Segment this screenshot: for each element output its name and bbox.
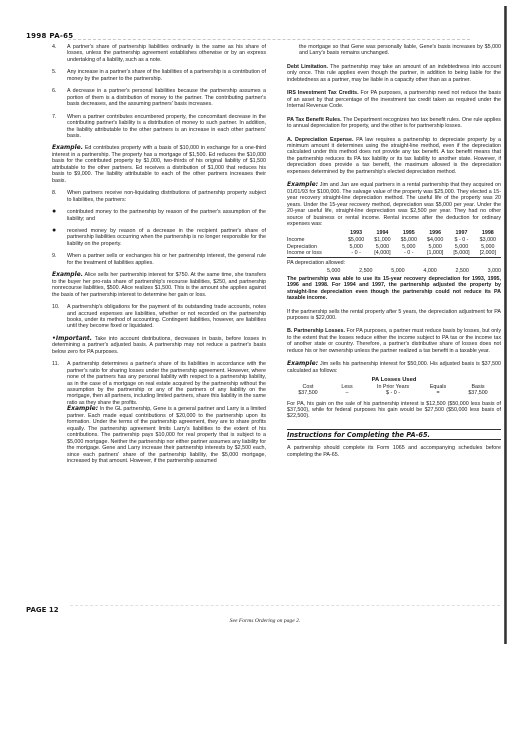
bullet-text: contributed money to the partnership by …	[67, 209, 266, 221]
item-text: A partner's share of partnership liabili…	[67, 44, 266, 63]
table-cell: [5,000]	[448, 250, 474, 257]
depreciation-section: A. Depreciation Expense. PA law requires…	[287, 137, 501, 176]
forms-ordering-note: See Forms Ordering on page 2.	[0, 618, 530, 624]
header-divider	[68, 39, 470, 40]
item-number: 9.	[52, 253, 56, 259]
table-cell: $5,000	[343, 237, 369, 244]
losses-table: Cost Less In Prior Years Equals Basis $3…	[287, 384, 501, 397]
table-cell: $1,000	[369, 237, 395, 244]
item-number: 7.	[52, 114, 56, 120]
table-cell: $ - 0 -	[448, 237, 474, 244]
year-header: 1997	[448, 230, 474, 237]
item-number: 6.	[52, 88, 56, 94]
list-item-4: 4. A partner's share of partnership liab…	[52, 44, 266, 63]
example-alice: Example. Alice sells her partnership int…	[52, 272, 266, 298]
debt-limitation-section: Debt Limitation. The partnership may tak…	[287, 64, 501, 83]
important-label-text: Important.	[56, 335, 92, 342]
table-cell: [4,000]	[369, 250, 395, 257]
list-item-9: 9. When a partner sells or exchanges his…	[52, 253, 266, 266]
table-row: Income $5,000 $1,000 $5,000 $4,000 $ - 0…	[287, 237, 501, 244]
bullet-item: ● contributed money to the partnership b…	[52, 209, 266, 222]
example-text: Alice sells her partnership interest for…	[52, 272, 266, 297]
table-cell: [1,000]	[422, 250, 448, 257]
example-gl-partnership: Example: In the GL partnership, Gene is …	[67, 406, 266, 464]
section-heading: Debt Limitation.	[287, 64, 328, 70]
irs-credits-section: IRS Investment Tax Credits. For PA purpo…	[287, 90, 501, 109]
table-header-row: 1993 1994 1995 1996 1997 1998	[287, 230, 501, 237]
item-number: 5.	[52, 69, 56, 75]
table-cell: =	[421, 390, 455, 396]
list-item-11: 11. A partnership determines a partner's…	[52, 361, 266, 464]
item-text: A decrease in a partner's personal liabi…	[67, 88, 266, 107]
footer-divider	[70, 605, 500, 606]
table-cell: 5,000	[396, 244, 422, 251]
right-column: the mortgage so that Gene was personally…	[287, 44, 501, 465]
item-text: Any increase in a partner's share of the…	[67, 69, 266, 81]
year-header: 1996	[422, 230, 448, 237]
year-header: 1995	[396, 230, 422, 237]
depreciation-sale-note: If the partnership sells the rental prop…	[287, 309, 501, 322]
table-cell: $ - 0 -	[365, 390, 421, 396]
tax-benefit-section: PA Tax Benefit Rules. The Department rec…	[287, 117, 501, 130]
table-cell: $37,500	[287, 390, 329, 396]
table-cell: 4,000	[423, 268, 436, 274]
pa-allowed-row: 5,000 2,500 5,000 4,000 2,500 3,000	[287, 268, 501, 274]
page-edge-bar	[504, 6, 507, 644]
example-text: Ed contributes property with a basis of …	[52, 145, 266, 183]
year-header: 1993	[343, 230, 369, 237]
important-label: •Important.	[52, 335, 92, 342]
section-heading: PA Tax Benefit Rules.	[287, 117, 342, 123]
item-text: A partnership's obligations for the paym…	[67, 304, 266, 329]
table-cell: $4,000	[422, 237, 448, 244]
item-text: When partners receive non-liquidating di…	[67, 190, 266, 202]
example-ed: Example. Ed contributes property with a …	[52, 145, 266, 184]
table-cell: $37,500	[455, 390, 501, 396]
row-label: Depreciation	[287, 244, 343, 251]
example-text: Jim and Jan are equal partners in a rent…	[287, 182, 501, 227]
list-item-10: 10. A partnership's obligations for the …	[52, 304, 266, 330]
list-item-6: 6. A decrease in a partner's personal li…	[52, 88, 266, 107]
example-jim-jan: Example: Jim and Jan are equal partners …	[287, 182, 501, 227]
depreciation-summary: The partnership was able to use its 15-y…	[287, 276, 501, 302]
list-item-5: 5. Any increase in a partner's share of …	[52, 69, 266, 82]
table-cell: 2,500	[456, 268, 469, 274]
example-text: In the GL partnership, Gene is a general…	[67, 406, 266, 464]
example-label: Example.	[52, 144, 83, 151]
list-item-8: 8. When partners receive non-liquidating…	[52, 190, 266, 203]
bullet-icon: ●	[52, 209, 56, 215]
table-row: Income or loss - 0 - [4,000] - 0 - [1,00…	[287, 250, 501, 257]
item-text: A partnership determines a partner's sha…	[67, 361, 266, 406]
item-number: 11.	[52, 361, 59, 367]
table-cell: 3,000	[488, 268, 501, 274]
instructions-heading: Instructions for Completing the PA-65.	[287, 429, 501, 440]
table-cell: 5,000	[343, 244, 369, 251]
page-number: PAGE 12	[26, 606, 59, 614]
example-label: Example:	[287, 360, 318, 367]
table-row: Depreciation 5,000 5,000 5,000 5,000 5,0…	[287, 244, 501, 251]
left-column: 4. A partner's share of partnership liab…	[52, 44, 266, 470]
form-title: 1998 PA-65	[26, 32, 73, 40]
year-header: 1998	[475, 230, 501, 237]
table-cell: 5,000	[448, 244, 474, 251]
table-cell: 5,000	[475, 244, 501, 251]
example-jim-sale: Example: Jim sells his partnership inter…	[287, 361, 501, 374]
table-cell: [2,000]	[475, 250, 501, 257]
year-header: 1994	[369, 230, 395, 237]
item-number: 8.	[52, 190, 56, 196]
table-cell: $5,000	[396, 237, 422, 244]
row-label: Income or loss	[287, 250, 343, 257]
bullet-icon: ●	[52, 228, 56, 234]
section-heading: A. Depreciation Expense.	[287, 137, 353, 143]
example-text: Jim sells his partnership interest for $…	[287, 361, 501, 373]
item-text: When a partner contributes encumbered pr…	[67, 114, 266, 139]
item-number: 10.	[52, 304, 59, 310]
item-number: 4.	[52, 44, 56, 50]
section-text: PA law requires a partnership to depreci…	[287, 137, 501, 175]
item-text: When a partner sells or exchanges his or…	[67, 253, 266, 265]
important-note: •Important. Take into account distributi…	[52, 336, 266, 355]
instructions-text: A partnership should complete its Form 1…	[287, 445, 501, 458]
bullet-text: received money by reason of a decrease i…	[67, 228, 266, 247]
table-cell: - 0 -	[396, 250, 422, 257]
table-cell: 5,000	[369, 244, 395, 251]
document-page: 1998 PA-65 4. A partner's share of partn…	[0, 0, 530, 749]
example-label: Example:	[287, 181, 318, 188]
table-cell: 5,000	[422, 244, 448, 251]
table-cell: 5,000	[327, 268, 340, 274]
list-item-7: 7. When a partner contributes encumbered…	[52, 114, 266, 140]
depreciation-table: 1993 1994 1995 1996 1997 1998 Income $5,…	[287, 230, 501, 257]
section-heading: IRS Investment Tax Credits.	[287, 90, 359, 96]
table-cell: 5,000	[391, 268, 404, 274]
partnership-losses-section: B. Partnership Losses. For PA purposes, …	[287, 328, 501, 354]
example-label: Example:	[67, 405, 98, 412]
pa-allowed-label: PA depreciation allowed:	[287, 260, 501, 266]
continued-text: the mortgage so that Gene was personally…	[287, 44, 501, 57]
table-cell: –	[329, 390, 365, 396]
row-label: Income	[287, 237, 343, 244]
table-cell: - 0 -	[343, 250, 369, 257]
page-header: 1998 PA-65	[26, 32, 506, 44]
table-cell: $3,000	[475, 237, 501, 244]
table-cell: 2,500	[359, 268, 372, 274]
gain-text: For PA, his gain on the sale of his part…	[287, 401, 501, 420]
section-heading: B. Partnership Losses.	[287, 328, 345, 334]
bullet-item: ● received money by reason of a decrease…	[52, 228, 266, 247]
example-label: Example.	[52, 271, 83, 278]
